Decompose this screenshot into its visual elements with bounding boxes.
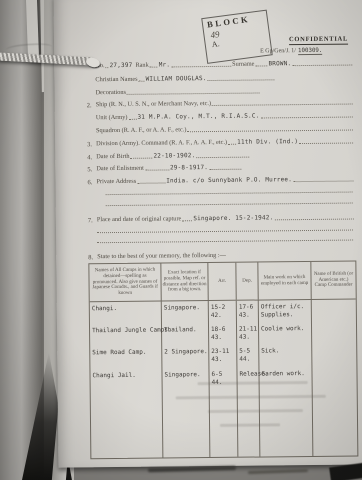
- arrival-cell: 23-11 43.: [211, 348, 236, 371]
- departure-cell: 5-5 44.: [239, 348, 258, 371]
- location-cell: Thailand.: [164, 326, 208, 348]
- dotted-leader: [293, 181, 353, 183]
- dotted-leader: [97, 228, 353, 234]
- work-cell: Officer i/c. Supplies.: [261, 303, 311, 326]
- header-arrival: Arr.: [208, 263, 236, 300]
- dotted-leader: [128, 119, 136, 120]
- dotted-leader: [106, 67, 109, 68]
- field-decorations: Decorations: [96, 86, 261, 97]
- decorations-label: Decorations: [96, 89, 127, 97]
- dotted-leader: [97, 238, 353, 244]
- enlistment-value: 29-8-1917.: [170, 164, 208, 172]
- departure-cell: 17-6 43.: [239, 304, 258, 326]
- field-date-of-birth: 4. Date of Birth 22-10-1902.: [87, 151, 250, 162]
- ink-bleed-through: [220, 423, 280, 427]
- field-date-of-enlistment: 5. Date of Enlistment 29-8-1917.: [87, 163, 242, 174]
- dotted-leader: [255, 65, 267, 66]
- camp-cell: Changi Jail.: [92, 372, 161, 403]
- unit-value: 31 M.P.A. Coy., M.T., R.I.A.S.C.: [137, 112, 259, 121]
- file-reference: E Gp/Gen/J. 1/100309.: [260, 48, 322, 55]
- unit-label: Unit (Army): [96, 114, 128, 122]
- address-value: India. c/o Sunnybank P.O. Murree.: [166, 176, 292, 185]
- christian-names-value: WILLIAM DOUGLAS.: [146, 75, 207, 84]
- work-cell: Sick.: [261, 347, 311, 371]
- reference-number: 100309.: [298, 48, 323, 55]
- dotted-leader: [212, 104, 353, 106]
- corner-shadow: [329, 463, 362, 480]
- field-original-capture: 7. Place and date of original capture Si…: [88, 213, 355, 225]
- dotted-leader: [139, 81, 145, 82]
- field-memory-heading: 8. State to the best of your memory, the…: [88, 250, 355, 262]
- column-location: Singapore. Thailand. 2 Singapore. Singap…: [162, 301, 211, 457]
- header-main-work: Main work on which employed in each camp: [258, 262, 311, 300]
- dotted-leader: [187, 130, 353, 133]
- block-stamp: BLOCK 49 A.: [201, 10, 273, 64]
- dotted-leader: [106, 201, 353, 207]
- ship-label: Ship (R. N., U. S. N., or Merchant Navy,…: [96, 100, 211, 109]
- item-number: 6.: [87, 179, 96, 186]
- questionnaire-page: BLOCK 49 A. CONFIDENTIAL E Gp/Gen/J. 1/1…: [54, 0, 362, 468]
- address-label: Private Address: [96, 178, 136, 186]
- reference-prefix: E Gp/Gen/J. 1/: [260, 48, 296, 54]
- column-main-work: Officer i/c. Supplies. Coolie work. Sick…: [259, 300, 314, 457]
- field-no-rank-surname: No. 27,397 Rank Mr. Surname BROWN.: [95, 59, 353, 71]
- header-location: Exact location if possible. Map ref. or …: [161, 263, 208, 300]
- dotted-leader: [106, 190, 353, 196]
- item-number: 3.: [87, 141, 96, 148]
- dotted-leader: [209, 169, 241, 170]
- commander-cell: [314, 324, 356, 346]
- rank-label: Rank: [135, 62, 148, 70]
- item-number: 2.: [87, 102, 96, 109]
- item-number: 4.: [87, 154, 96, 161]
- field-ship: 2. Ship (R. N., U. S. N., or Merchant Na…: [87, 98, 354, 110]
- memory-label: State to the best of your memory, the fo…: [97, 252, 226, 261]
- shadow-smudge: [248, 469, 308, 474]
- dotted-leader: [130, 158, 152, 159]
- field-squadron: Squadron (R. A. F., or A. A. F., etc.): [96, 124, 354, 136]
- location-cell: 2 Singapore.: [164, 348, 208, 371]
- work-cell: Coolie work.: [261, 325, 311, 348]
- dotted-leader: [171, 66, 231, 68]
- dotted-leader: [299, 143, 353, 145]
- column-departure: 17-6 43. 21-11 43. 5-5 44. Release.: [237, 301, 261, 457]
- header-camp-commander: Name of British (or American etc.) Camp …: [311, 262, 355, 299]
- field-unit: Unit (Army) 31 M.P.A. Coy., M.T., R.I.A.…: [96, 111, 354, 123]
- field-private-address: 6. Private Address India. c/o Sunnybank …: [87, 175, 354, 187]
- division-value: 11th Div. (Ind.): [237, 138, 298, 147]
- surname-label: Surname: [232, 61, 254, 69]
- birth-label: Date of Birth: [96, 153, 129, 161]
- dotted-leader: [196, 157, 249, 159]
- item-number: 7.: [88, 217, 97, 224]
- item-number: 5.: [87, 166, 96, 173]
- capture-label: Place and date of original capture: [97, 215, 182, 224]
- header-camp-names: Names of All Camps in which detained—spe…: [89, 264, 161, 302]
- dotted-leader: [260, 117, 352, 119]
- dotted-leader: [137, 182, 165, 183]
- field-division: 3. Division (Army). Command (R. A. F., A…: [87, 137, 354, 149]
- camps-table-body: Changi. Thailand Jungle Camps. Sime Road…: [90, 299, 358, 458]
- christian-names-label: Christian Names: [95, 76, 137, 84]
- dotted-leader: [274, 219, 353, 221]
- dotted-leader: [228, 144, 236, 145]
- page-edge: [26, 0, 39, 62]
- confidential-marking: CONFIDENTIAL: [289, 36, 348, 45]
- dotted-leader: [150, 67, 158, 68]
- camps-table: Names of All Camps in which detained—spe…: [88, 260, 358, 459]
- document-photo: BLOCK 49 A. CONFIDENTIAL E Gp/Gen/J. 1/1…: [0, 0, 362, 480]
- surname-value: BROWN.: [268, 60, 291, 68]
- arrival-cell: 15-2 42.: [211, 304, 236, 326]
- commander-cell: [314, 346, 356, 369]
- dotted-leader: [127, 92, 260, 94]
- camp-cell: Changi.: [92, 305, 161, 328]
- rank-value: Mr.: [159, 61, 171, 69]
- enlistment-label: Date of Enlistment: [96, 165, 144, 173]
- departure-cell: 21-11 43.: [239, 326, 258, 348]
- birth-value: 22-10-1902.: [153, 152, 195, 160]
- dotted-leader: [182, 220, 192, 221]
- camps-table-header: Names of All Camps in which detained—spe…: [89, 262, 355, 303]
- column-camp: Changi. Thailand Jungle Camps. Sime Road…: [90, 302, 164, 459]
- header-departure: Dep.: [236, 263, 258, 300]
- dotted-leader: [208, 79, 275, 81]
- shadow-smudge: [148, 466, 236, 472]
- squadron-label: Squadron (R. A. F., or A. A. F., etc.): [96, 126, 187, 135]
- item-number: 8.: [88, 254, 97, 261]
- arrival-cell: 18-6 43.: [211, 326, 236, 348]
- camp-cell: Thailand Jungle Camps.: [92, 327, 161, 350]
- division-label: Division (Army). Command (R. A. F., A. A…: [96, 139, 227, 148]
- dotted-leader: [145, 169, 169, 170]
- no-value: 27,397: [110, 62, 133, 70]
- dotted-leader: [292, 65, 352, 67]
- camp-cell: Sime Road Camp.: [92, 349, 161, 373]
- column-arrival: 15-2 42. 18-6 43. 23-11 43. 6-5 44.: [209, 301, 239, 457]
- capture-value: Singapore. 15-2-1942.: [193, 214, 273, 223]
- location-cell: Singapore.: [164, 304, 208, 326]
- commander-cell: [314, 302, 356, 324]
- column-commander: [312, 299, 358, 455]
- field-christian-names: Christian Names WILLIAM DOUGLAS.: [95, 73, 275, 84]
